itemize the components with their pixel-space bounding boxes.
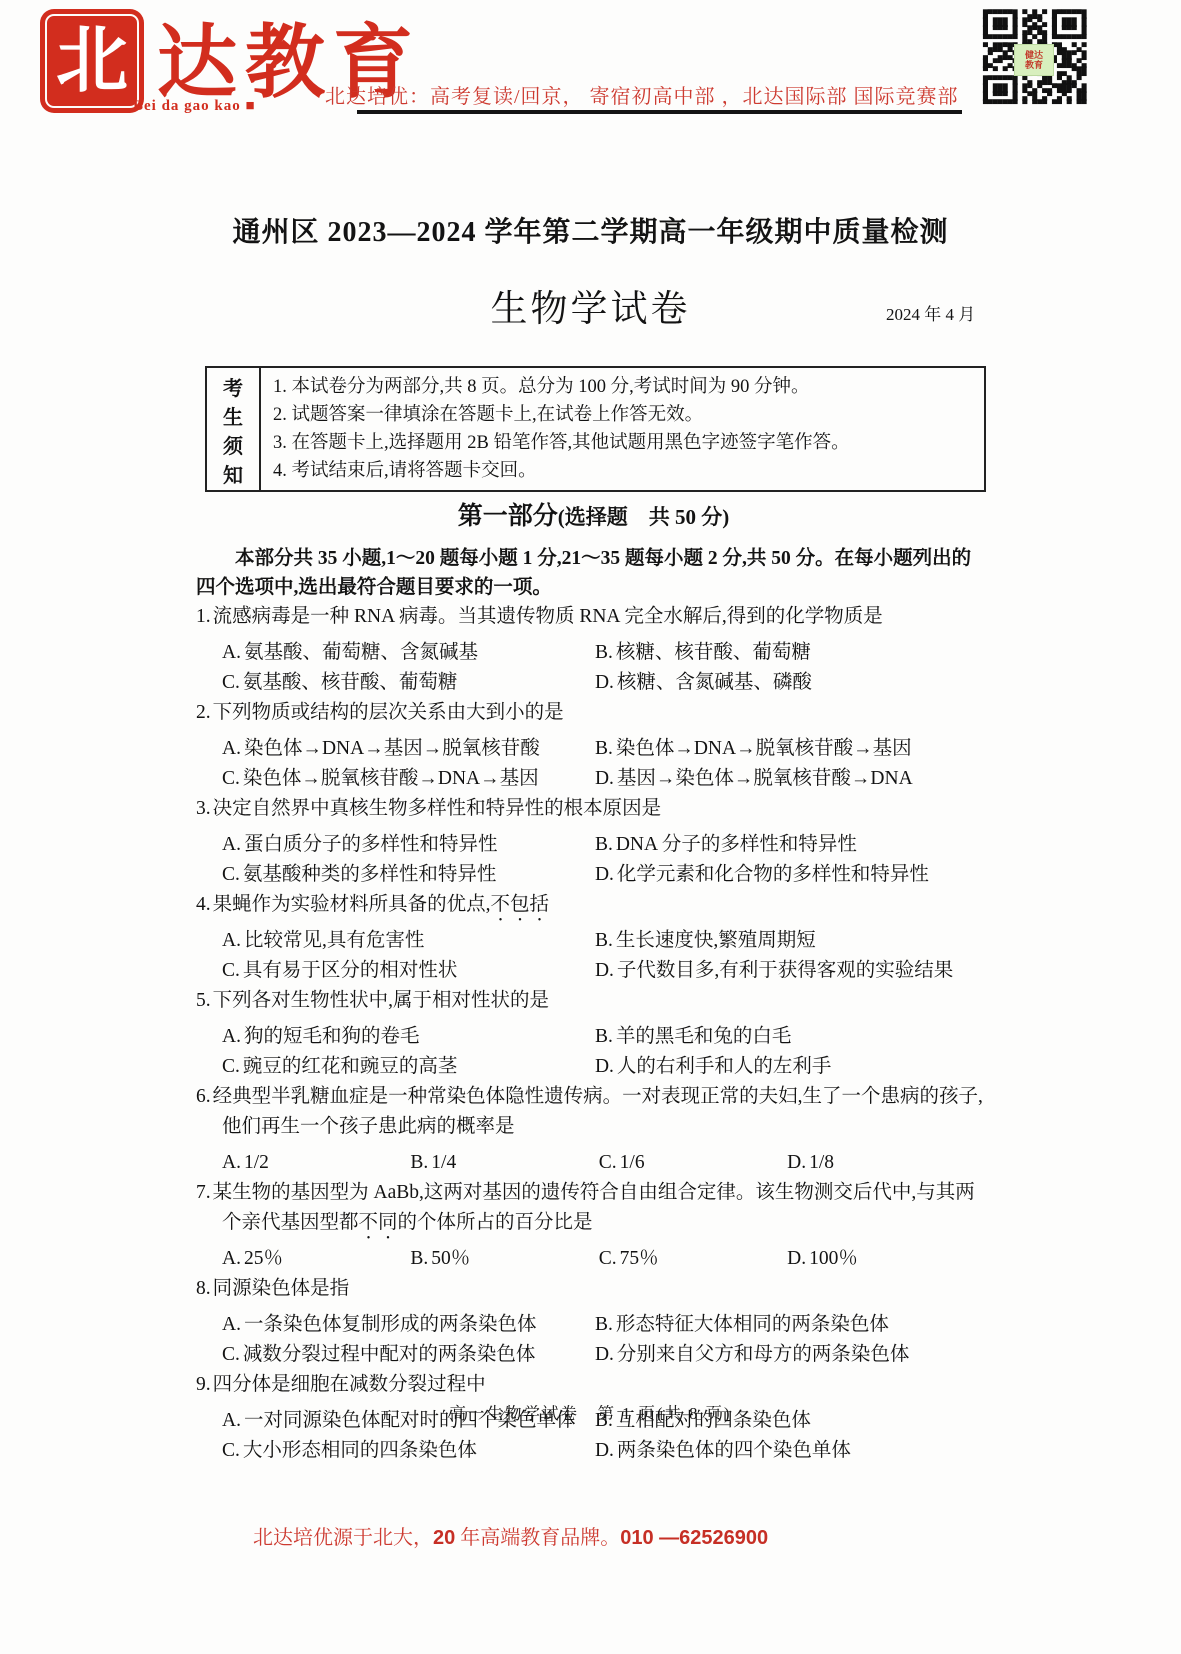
question-stem: 2.下列物质或结构的层次关系由大到小的是	[196, 698, 991, 734]
page-footer: 高一生物学试卷 第 1 页(共 8 页)	[0, 1400, 1181, 1424]
banner-years: 20	[433, 1527, 455, 1549]
question: 6.经典型半乳糖血症是一种常染色体隐性遗传病。一对表现正常的夫妇,生了一个患病的…	[196, 1082, 991, 1178]
option-D: D.两条染色体的四个染色单体	[595, 1436, 991, 1466]
question-stem: 6.经典型半乳糖血症是一种常染色体隐性遗传病。一对表现正常的夫妇,生了一个患病的…	[196, 1082, 991, 1148]
exam-paper-page: 北 达教育 Bei da gao kao ■ 北达培优：高考复读/回京， 寄宿初…	[0, 0, 1181, 1654]
question-number: 8.	[196, 1278, 213, 1299]
option-C: C.氨基酸种类的多样性和特异性	[222, 860, 595, 890]
question-options: A.蛋白质分子的多样性和特异性B.DNA 分子的多样性和特异性C.氨基酸种类的多…	[196, 830, 991, 890]
section-intro-line2: 四个选项中,选出最符合题目要求的一项。	[196, 573, 991, 602]
question-options: A.狗的短毛和狗的卷毛B.羊的黑毛和兔的白毛C.豌豆的红花和豌豆的高茎D.人的右…	[196, 1022, 991, 1082]
option-A: A.蛋白质分子的多样性和特异性	[222, 830, 595, 860]
option-C: C.染色体→脱氧核苷酸→DNA→基因	[222, 764, 595, 794]
question: 8.同源染色体是指 A.一条染色体复制形成的两条染色体B.形态特征大体相同的两条…	[196, 1274, 991, 1370]
notice-item: 4. 考试结束后,请将答题卡交回。	[273, 458, 976, 485]
qr-center-label: 健达 教育	[1014, 44, 1054, 76]
question-stem: 5.下列各对生物性状中,属于相对性状的是	[196, 986, 991, 1022]
main-content: 第一部分(选择题 共 50 分) 本部分共 35 小题,1～20 题每小题 1 …	[196, 500, 991, 1466]
brand-subtitle: Bei da gao kao ■	[133, 98, 256, 115]
question: 2.下列物质或结构的层次关系由大到小的是 A.染色体→DNA→基因→脱氧核苷酸B…	[196, 698, 991, 794]
option-B: B.染色体→DNA→脱氧核苷酸→基因	[595, 734, 991, 764]
notice-label: 考 生 须 知	[207, 368, 261, 490]
exam-title: 通州区 2023—2024 学年第二学期高一年级期中质量检测	[0, 210, 1181, 250]
question-options: A.1/2B.1/4C.1/6D.1/8	[196, 1148, 991, 1178]
question-number: 9.	[196, 1374, 213, 1395]
section-intro-line1: 本部分共 35 小题,1～20 题每小题 1 分,21～35 题每小题 2 分,…	[196, 544, 991, 573]
option-A: A.1/2	[222, 1148, 410, 1178]
title-block: 通州区 2023—2024 学年第二学期高一年级期中质量检测 生物学试卷	[0, 210, 1181, 332]
paper-title: 生物学试卷	[0, 278, 1181, 332]
option-C: C.1/6	[599, 1148, 787, 1178]
option-C: C.75％	[599, 1244, 787, 1274]
question: 1.流感病毒是一种 RNA 病毒。当其遗传物质 RNA 完全水解后,得到的化学物…	[196, 602, 991, 698]
option-A: A.染色体→DNA→基因→脱氧核苷酸	[222, 734, 595, 764]
question-number: 7.	[196, 1182, 213, 1203]
question: 3.决定自然界中真核生物多样性和特异性的根本原因是 A.蛋白质分子的多样性和特异…	[196, 794, 991, 890]
option-D: D.100％	[787, 1244, 991, 1274]
option-C: C.豌豆的红花和豌豆的高茎	[222, 1052, 595, 1082]
option-C: C.减数分裂过程中配对的两条染色体	[222, 1340, 595, 1370]
notice-item: 3. 在答题卡上,选择题用 2B 铅笔作答,其他试题用黑色字迹签字笔作答。	[273, 430, 976, 457]
header-tagline: 北达培优：高考复读/回京， 寄宿初高中部 ，北达国际部 国际竞赛部	[325, 80, 959, 109]
notice-items: 1. 本试卷分为两部分,共 8 页。总分为 100 分,考试时间为 90 分钟。…	[261, 368, 984, 490]
questions-list: 1.流感病毒是一种 RNA 病毒。当其遗传物质 RNA 完全水解后,得到的化学物…	[196, 602, 991, 1466]
question-number: 1.	[196, 606, 213, 627]
question-number: 6.	[196, 1086, 213, 1107]
banner-text: 北达培优源于北大，	[253, 1527, 433, 1549]
question-number: 2.	[196, 702, 213, 723]
question-stem: 4.果蝇作为实验材料所具备的优点,不包括	[196, 890, 991, 926]
question-options: A.比较常见,具有危害性B.生长速度快,繁殖周期短C.具有易于区分的相对性状D.…	[196, 926, 991, 986]
qr-code: █▀▀▀▀▀█ ▀▄█▄▀ █▀▀▀▀▀██ ███ █ █▀▄▀▄ █ ███…	[983, 10, 1083, 112]
question-number: 3.	[196, 798, 213, 819]
option-D: D.分别来自父方和母方的两条染色体	[595, 1340, 991, 1370]
option-D: D.化学元素和化合物的多样性和特异性	[595, 860, 991, 890]
question-number: 4.	[196, 894, 213, 915]
question-number: 5.	[196, 990, 213, 1011]
option-C: C.氨基酸、核苷酸、葡萄糖	[222, 668, 595, 698]
option-A: A.25％	[222, 1244, 410, 1274]
section-heading-paren: (选择题 共 50 分)	[558, 505, 730, 529]
exam-date: 2024 年 4 月	[886, 300, 975, 325]
option-B: B.50％	[410, 1244, 598, 1274]
option-C: C.大小形态相同的四条染色体	[222, 1436, 595, 1466]
option-B: B.核糖、核苷酸、葡萄糖	[595, 638, 991, 668]
option-A: A.氨基酸、葡萄糖、含氮碱基	[222, 638, 595, 668]
option-A: A.一条染色体复制形成的两条染色体	[222, 1310, 595, 1340]
question-options: A.25％B.50％C.75％D.100％	[196, 1244, 991, 1274]
question-options: A.染色体→DNA→基因→脱氧核苷酸B.染色体→DNA→脱氧核苷酸→基因C.染色…	[196, 734, 991, 794]
option-A: A.比较常见,具有危害性	[222, 926, 595, 956]
header-divider-rule	[357, 110, 962, 114]
option-D: D.人的右利手和人的左利手	[595, 1052, 991, 1082]
option-D: D.核糖、含氮碱基、磷酸	[595, 668, 991, 698]
question: 7.某生物的基因型为 AaBb,这两对基因的遗传符合自由组合定律。该生物测交后代…	[196, 1178, 991, 1274]
question: 5.下列各对生物性状中,属于相对性状的是 A.狗的短毛和狗的卷毛B.羊的黑毛和兔…	[196, 986, 991, 1082]
option-B: B.羊的黑毛和兔的白毛	[595, 1022, 991, 1052]
section-intro: 本部分共 35 小题,1～20 题每小题 1 分,21～35 题每小题 2 分,…	[196, 544, 991, 602]
option-A: A.狗的短毛和狗的卷毛	[222, 1022, 595, 1052]
question-stem: 1.流感病毒是一种 RNA 病毒。当其遗传物质 RNA 完全水解后,得到的化学物…	[196, 602, 991, 638]
option-B: B.形态特征大体相同的两条染色体	[595, 1310, 991, 1340]
banner-text: 年高端教育品牌。	[455, 1527, 620, 1549]
option-B: B.DNA 分子的多样性和特异性	[595, 830, 991, 860]
question: 4.果蝇作为实验材料所具备的优点,不包括 A.比较常见,具有危害性B.生长速度快…	[196, 890, 991, 986]
option-B: B.1/4	[410, 1148, 598, 1178]
option-D: D.子代数目多,有利于获得客观的实验结果	[595, 956, 991, 986]
brand-seal: 北	[45, 14, 139, 108]
emphasized-text: 不同	[359, 1212, 398, 1233]
question-stem: 7.某生物的基因型为 AaBb,这两对基因的遗传符合自由组合定律。该生物测交后代…	[196, 1178, 991, 1244]
brand-seal-char: 北	[45, 14, 139, 108]
section-heading-main: 第一部分	[458, 503, 558, 530]
option-D: D.基因→染色体→脱氧核苷酸→DNA	[595, 764, 991, 794]
footer-banner: 北达培优源于北大，20 年高端教育品牌。010 —62526900	[253, 1521, 768, 1550]
notice-box: 考 生 须 知 1. 本试卷分为两部分,共 8 页。总分为 100 分,考试时间…	[205, 366, 986, 492]
question-stem: 8.同源染色体是指	[196, 1274, 991, 1310]
notice-item: 2. 试题答案一律填涂在答题卡上,在试卷上作答无效。	[273, 402, 976, 429]
notice-item: 1. 本试卷分为两部分,共 8 页。总分为 100 分,考试时间为 90 分钟。	[273, 374, 976, 401]
option-B: B.生长速度快,繁殖周期短	[595, 926, 991, 956]
question-stem: 3.决定自然界中真核生物多样性和特异性的根本原因是	[196, 794, 991, 830]
section-heading: 第一部分(选择题 共 50 分)	[196, 500, 991, 534]
emphasized-text: 不包括	[491, 894, 550, 915]
banner-phone: 010 —62526900	[620, 1527, 768, 1549]
option-D: D.1/8	[787, 1148, 991, 1178]
question-options: A.氨基酸、葡萄糖、含氮碱基B.核糖、核苷酸、葡萄糖C.氨基酸、核苷酸、葡萄糖D…	[196, 638, 991, 698]
option-C: C.具有易于区分的相对性状	[222, 956, 595, 986]
question-options: A.一条染色体复制形成的两条染色体B.形态特征大体相同的两条染色体C.减数分裂过…	[196, 1310, 991, 1370]
